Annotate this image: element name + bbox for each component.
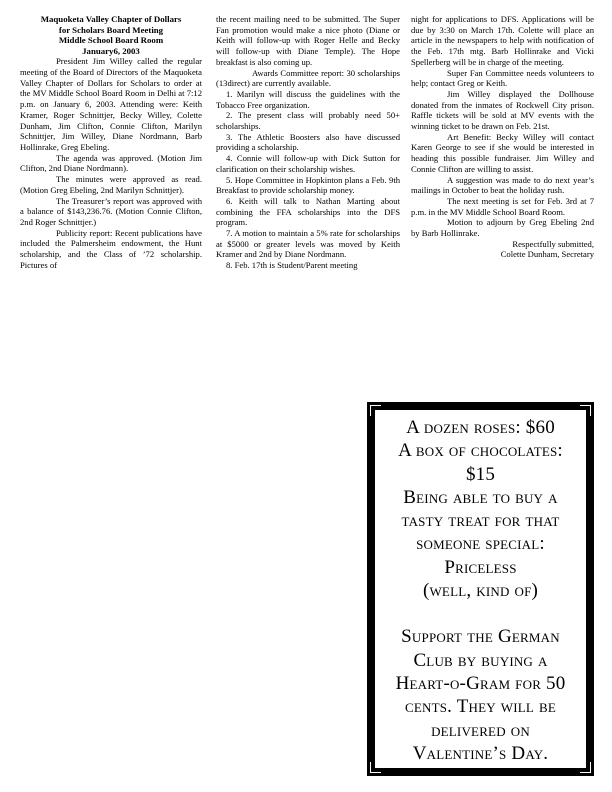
column-1: Maquoketa Valley Chapter of Dollars for …	[20, 14, 202, 270]
heading-line: Middle School Board Room	[20, 35, 202, 46]
paragraph-dollhouse: Jim Willey displayed the Dollhouse donat…	[411, 89, 594, 132]
paragraph-adjourn: Motion to adjourn by Greg Ebeling 2nd by…	[411, 217, 594, 238]
ad-line: Support the German	[381, 625, 580, 648]
paragraph-awards: Awards Committee report: 30 scholarships…	[216, 68, 400, 89]
ad-line: Heart-o-Gram for 50	[381, 672, 580, 695]
paragraph-minutes: The minutes were approved as read. (Moti…	[20, 174, 202, 195]
heart-o-gram-ad: A dozen roses: $60 A box of chocolates: …	[367, 402, 594, 776]
ad-text: A dozen roses: $60 A box of chocolates: …	[375, 410, 586, 768]
list-item: 2. The present class will probably need …	[216, 110, 400, 131]
paragraph-call-to-order: President Jim Willey called the regular …	[20, 56, 202, 152]
list-item: 1. Marilyn will discuss the guidelines w…	[216, 89, 400, 110]
paragraph-art-benefit: Art Benefit: Becky Willey will contact K…	[411, 132, 594, 175]
ad-line: cents. They will be	[381, 695, 580, 718]
ad-line: $15	[381, 463, 580, 486]
paragraph-super-fan: Super Fan Committee needs volunteers to …	[411, 68, 594, 89]
ad-line: A dozen roses: $60	[381, 416, 580, 439]
heading-line: Maquoketa Valley Chapter of Dollars	[20, 14, 202, 25]
spacer	[381, 602, 580, 625]
list-item: 3. The Athletic Boosters also have discu…	[216, 132, 400, 153]
paragraph-applications: night for applications to DFS. Applicati…	[411, 14, 594, 68]
paragraph-treasurer: The Treasurer’s report was approved with…	[20, 196, 202, 228]
ad-line: (well, kind of)	[381, 579, 580, 602]
ad-line: A box of chocolates:	[381, 439, 580, 462]
ad-line: someone special:	[381, 532, 580, 555]
list-item: 5. Hope Committee in Hopkinton plans a F…	[216, 175, 400, 196]
list-item: 8. Feb. 17th is Student/Parent meeting	[216, 260, 400, 271]
column-3: night for applications to DFS. Applicati…	[411, 14, 594, 260]
signoff-closing: Respectfully submitted,	[411, 239, 594, 250]
heading-date: January6, 2003	[20, 46, 202, 57]
paragraph-publicity-cont: the recent mailing need to be submitted.…	[216, 14, 400, 68]
paragraph-next-meeting: The next meeting is set for Feb. 3rd at …	[411, 196, 594, 217]
paragraph-agenda: The agenda was approved. (Motion Jim Cli…	[20, 153, 202, 174]
column-2: the recent mailing need to be submitted.…	[216, 14, 400, 271]
list-item: 6. Keith will talk to Nathan Marting abo…	[216, 196, 400, 228]
heading-line: for Scholars Board Meeting	[20, 25, 202, 36]
ad-line: Valentine’s Day.	[381, 742, 580, 765]
ad-line: delivered on	[381, 719, 580, 742]
paragraph-mailings: A suggestion was made to do next year’s …	[411, 175, 594, 196]
signoff-name: Colette Dunham, Secretary	[411, 249, 594, 260]
ad-line: Being able to buy a	[381, 486, 580, 509]
ad-line: Club by buying a	[381, 649, 580, 672]
article-heading: Maquoketa Valley Chapter of Dollars for …	[20, 14, 202, 56]
list-item: 7. A motion to maintain a 5% rate for sc…	[216, 228, 400, 260]
ad-line: Priceless	[381, 556, 580, 579]
list-item: 4. Connie will follow-up with Dick Sutto…	[216, 153, 400, 174]
paragraph-publicity: Publicity report: Recent publications ha…	[20, 228, 202, 271]
ad-line: tasty treat for that	[381, 509, 580, 532]
